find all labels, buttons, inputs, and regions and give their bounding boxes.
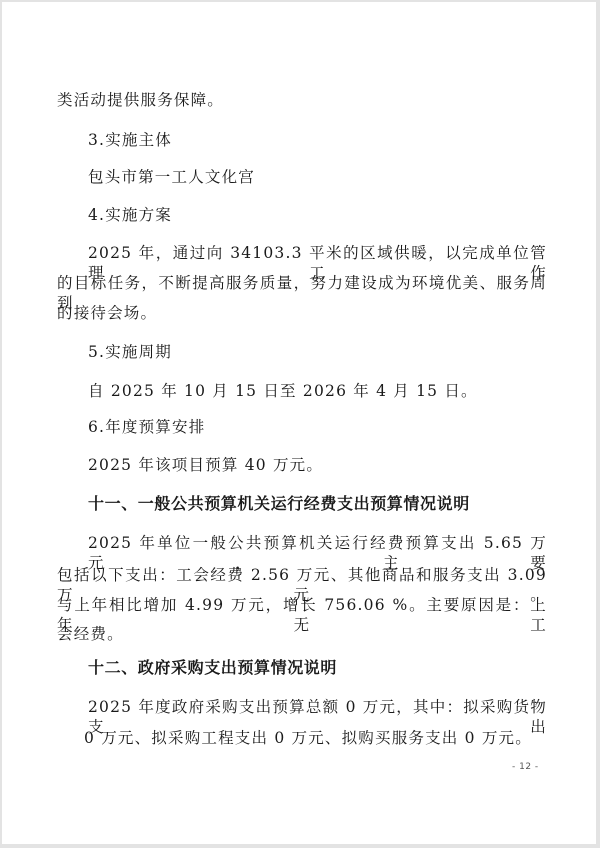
document-page: 类活动提供服务保障。 3.实施主体 包头市第一工人文化宫 4.实施方案 2025… [2,2,596,844]
section-11-line-4: 会经费。 [57,624,547,644]
subheading-implementation-plan: 4.实施方案 [88,205,547,225]
subheading-implementing-body: 3.实施主体 [88,130,547,150]
implementation-period-text: 自 2025 年 10 月 15 日至 2026 年 4 月 15 日。 [88,381,547,401]
section-heading-11: 十一、一般公共预算机关运行经费支出预算情况说明 [88,494,547,514]
subheading-annual-budget: 6.年度预算安排 [88,417,547,437]
annual-budget-text: 2025 年该项目预算 40 万元。 [88,455,547,475]
paragraph-continuation: 类活动提供服务保障。 [57,90,547,110]
plan-paragraph-line-3: 的接待会场。 [57,303,547,323]
section-12-line-2: 0 万元、拟采购工程支出 0 万元、拟购买服务支出 0 万元。 [84,728,574,748]
page-number: - 12 - [512,762,539,772]
section-heading-12: 十二、政府采购支出预算情况说明 [88,658,547,678]
subheading-implementation-period: 5.实施周期 [88,342,547,362]
implementing-body-name: 包头市第一工人文化宫 [88,167,547,187]
